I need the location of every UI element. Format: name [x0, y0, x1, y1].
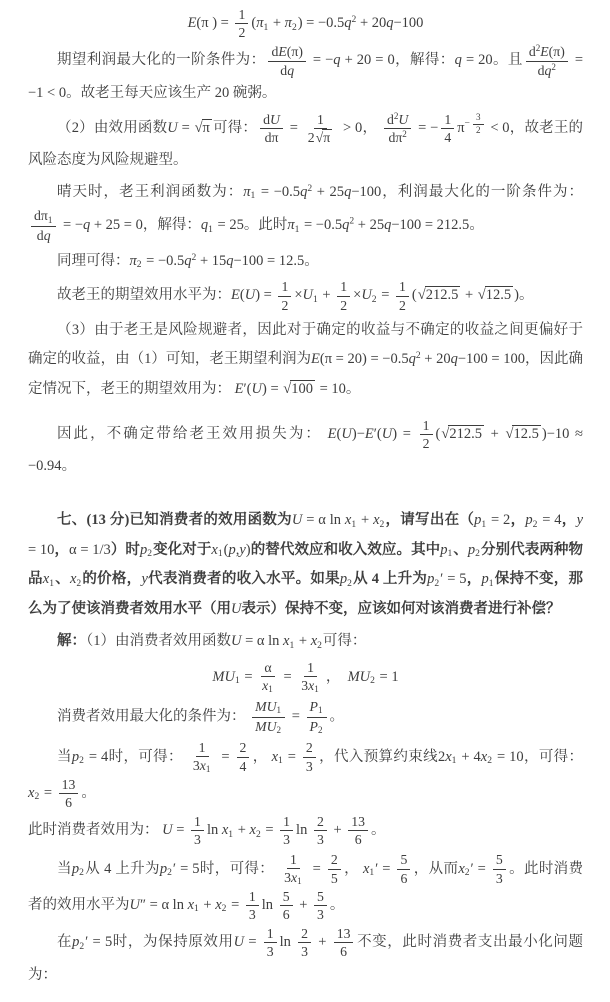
math-text: d	[387, 112, 394, 127]
subscript: 1	[235, 675, 240, 686]
subscript: 1	[447, 548, 452, 559]
fraction-denominator: 4	[237, 758, 250, 775]
fraction-denominator: 2	[278, 297, 291, 314]
subscript: 2	[372, 294, 377, 305]
subscript: 1	[297, 876, 302, 886]
math-variable: U	[234, 934, 244, 950]
fraction-denominator: 3	[280, 831, 293, 848]
subscript: 1	[228, 829, 233, 840]
math-text: 1	[283, 814, 290, 829]
fraction-numerator: d2U	[384, 111, 411, 129]
fraction: 13	[191, 813, 204, 848]
radical-sign: √	[478, 287, 485, 303]
math-text: −100 = 212.5	[391, 217, 469, 233]
text-run: ，从而	[413, 860, 458, 876]
math-variable: MU	[255, 719, 276, 734]
text-run: 代表消费者的收入水平。如果	[148, 571, 340, 587]
math-text: =	[178, 120, 194, 136]
fraction-numerator: 1	[314, 111, 327, 129]
math-text: (π = 20) = −0.5	[320, 351, 409, 367]
math-text: 2	[476, 125, 481, 135]
math-variable: U	[245, 287, 255, 303]
fraction: 23	[303, 739, 316, 774]
document-page: E(π ) = 12(π1 + π2) = −0.5q2 + 20q−100期望…	[0, 0, 610, 1002]
text-run: 因此，不确定带给老王效用损失为：	[57, 426, 328, 442]
math-text: ″ = α ln	[140, 897, 188, 913]
fraction-numerator: 1	[420, 417, 433, 435]
fraction-numerator: 13	[348, 813, 368, 831]
math-text: 4	[240, 759, 247, 774]
text-run: 当	[57, 860, 72, 876]
para-first-order-condition: 期望利润最大化的一阶条件为：dE(π)dq = −q + 20 = 0，解得：q…	[28, 43, 583, 108]
fraction: 13x1	[298, 659, 323, 696]
fraction-denominator: 3	[314, 831, 327, 848]
subscript: 1	[206, 764, 211, 774]
math-text: α	[264, 660, 271, 675]
math-text: 2	[317, 814, 324, 829]
text-run: 。	[330, 708, 345, 724]
fraction-numerator: 1	[278, 278, 291, 296]
fraction-numerator: 5	[493, 851, 506, 869]
math-variable: U	[303, 287, 313, 303]
math-text: 4	[444, 130, 451, 145]
math-text: =	[378, 287, 393, 303]
subscript: 1	[263, 22, 268, 33]
text-run: 。	[62, 458, 77, 474]
math-text: 3	[317, 832, 324, 847]
math-text: 5	[331, 871, 338, 886]
math-variable: U	[341, 426, 351, 442]
fraction-numerator: 2	[298, 925, 311, 943]
math-variable: U	[167, 120, 177, 136]
math-text: +	[295, 633, 310, 649]
math-variable: q	[386, 15, 393, 31]
math-text: 1	[199, 740, 206, 755]
fraction: P1P2	[307, 698, 327, 737]
math-text: −100 = 100	[458, 351, 525, 367]
math-text: (π)	[287, 44, 303, 59]
subscript: 2	[380, 519, 385, 530]
math-text: 1	[290, 852, 297, 867]
math-variable: U	[130, 897, 140, 913]
text-run: 变化对于	[153, 542, 211, 558]
math-variable: E	[231, 287, 240, 303]
formula-expected-profit: E(π ) = 12(π1 + π2) = −0.5q2 + 20q−100	[28, 6, 583, 41]
radical-sign: √	[195, 120, 202, 136]
fraction-numerator: dE(π)	[268, 43, 305, 61]
math-text: ln	[296, 822, 311, 838]
fraction: 13	[264, 925, 277, 960]
fraction-denominator: 2	[396, 297, 409, 314]
math-variable: q	[451, 351, 458, 367]
math-text: +	[200, 897, 215, 913]
math-variable: E	[311, 351, 320, 367]
radical: √212.5	[441, 426, 484, 442]
math-text: + 25	[312, 184, 344, 200]
math-text: 100	[291, 381, 313, 397]
radical: √π	[316, 130, 333, 145]
math-text: 1	[281, 279, 288, 294]
math-text: d	[263, 112, 270, 127]
subscript: 2	[79, 755, 84, 766]
math-text: + 20	[356, 15, 386, 31]
subscript: 1	[278, 755, 283, 766]
math-text: 5	[400, 852, 407, 867]
formula-marginal-utility: MU1 = αx1 = 13x1， MU2 = 1	[28, 659, 583, 696]
para-utility-at-p2-4: 此时消费者效用为： U = 13ln x1 + x2 = 13ln 23 + 1…	[28, 813, 583, 848]
para-max-condition: 消费者效用最大化的条件为： MU1MU2 = P1P2。	[28, 698, 583, 737]
math-variable: U	[382, 426, 392, 442]
math-text: + 15	[196, 253, 226, 269]
math-variable: U	[361, 287, 371, 303]
radical-body: π	[202, 119, 212, 136]
math-text: = α ln	[302, 512, 345, 528]
text-run: 的替代效应和收入效应。其中	[251, 542, 441, 558]
fraction-denominator: dq	[277, 62, 297, 79]
fraction-denominator: 5	[328, 870, 341, 887]
text-run: ，	[467, 571, 482, 587]
math-variable: q	[455, 52, 462, 68]
subscript: 2	[434, 578, 439, 589]
fraction-numerator: 5	[314, 888, 327, 906]
fraction: d2E(π)dq2	[526, 43, 568, 78]
text-run: 在	[57, 934, 72, 950]
radical: √12.5	[506, 426, 541, 442]
text-run: ，请写出在（	[385, 512, 474, 528]
math-text: = 1	[376, 669, 399, 685]
math-text: 2	[331, 852, 338, 867]
math-text: 1	[238, 7, 245, 22]
fraction-numerator: 1	[441, 111, 454, 129]
fraction: 13	[280, 813, 293, 848]
fraction-denominator: dq2	[535, 62, 559, 79]
fraction: 13x1	[190, 739, 215, 776]
math-text: +	[269, 15, 284, 31]
radical-body: 212.5	[448, 425, 484, 442]
fraction-denominator: 3	[191, 831, 204, 848]
math-text: + 25	[354, 217, 384, 233]
math-text: 1	[340, 279, 347, 294]
math-variable: x	[250, 822, 256, 838]
fraction-numerator: 1	[264, 925, 277, 943]
math-text: ×	[294, 287, 302, 303]
math-text: ′ =	[471, 860, 490, 876]
text-run: 。	[519, 287, 534, 303]
radical-body: 12.5	[512, 425, 540, 442]
math-text: π	[203, 120, 210, 136]
math-variable: U	[231, 601, 241, 617]
subscript: 2	[222, 903, 227, 914]
text-run: ，代入预算约束线	[319, 748, 438, 764]
math-variable: q	[333, 52, 340, 68]
fraction-denominator: 4	[441, 129, 454, 146]
text-run: 。故老王每天应该生产 20 碗粥。	[66, 85, 276, 101]
math-text: 2	[423, 436, 430, 451]
math-text: π	[323, 130, 330, 145]
fraction-numerator: 1	[280, 813, 293, 831]
superscript: 2	[402, 129, 407, 139]
math-text: =	[309, 860, 325, 876]
fraction-numerator: 1	[337, 278, 350, 296]
para-solution-intro: 解：（1）由消费者效用函数U = α ln x1 + x2可得：	[28, 627, 583, 657]
math-text: 3	[476, 112, 481, 122]
math-variable: x	[200, 758, 206, 773]
text-run: ，解得：	[143, 217, 201, 233]
subscript: 2	[256, 829, 261, 840]
text-run: 时，可得：	[200, 860, 279, 876]
math-variable: q	[344, 15, 351, 31]
fraction-denominator: 3	[298, 943, 311, 960]
math-variable: U	[398, 112, 408, 127]
math-text: 3	[193, 758, 200, 773]
fraction-numerator: 13	[59, 776, 79, 794]
fraction: 12	[337, 278, 350, 313]
fraction: 136	[348, 813, 368, 848]
math-text: = 4	[85, 748, 108, 764]
subscript: 1	[194, 903, 199, 914]
math-variable: p	[525, 512, 532, 528]
math-text: = 25	[214, 217, 244, 233]
fraction-denominator: 3x1	[281, 869, 306, 888]
math-text: = −	[309, 52, 333, 68]
math-text: = −	[59, 217, 83, 233]
math-text: =	[284, 748, 300, 764]
subscript: 1	[218, 548, 223, 559]
math-text: = 10	[316, 381, 346, 397]
subscript: 2	[347, 578, 352, 589]
fraction-denominator: 2	[473, 125, 484, 136]
para-rainy-profit: 同理可得：π2 = −0.5q2 + 15q−100 = 12.5。	[28, 247, 583, 277]
math-text: 2	[238, 25, 245, 40]
subscript: 1	[48, 215, 53, 225]
subscript: 1	[369, 867, 374, 878]
fraction: 53	[493, 851, 506, 886]
text-run: ，	[510, 512, 525, 528]
subscript: 1	[289, 640, 294, 651]
text-run: 。	[371, 822, 386, 838]
subscript: 1	[208, 224, 213, 235]
math-variable: U	[162, 822, 172, 838]
subscript: 2	[370, 675, 375, 686]
math-text: = 4	[538, 512, 561, 528]
math-text: 1	[399, 279, 406, 294]
text-run: 可得：	[323, 633, 367, 649]
text-run: 同理可得：	[57, 253, 130, 269]
fraction-numerator: 1	[396, 278, 409, 296]
math-text: ln	[262, 897, 277, 913]
math-text: (π ) =	[196, 15, 232, 31]
text-run: （2）由效用函数	[57, 120, 167, 136]
math-text: 3	[284, 870, 291, 885]
radical-body: 212.5	[425, 286, 461, 303]
math-variable: p	[482, 571, 489, 587]
math-text: 2	[308, 130, 315, 145]
math-text: (	[412, 287, 417, 303]
fraction-numerator: dU	[260, 111, 283, 129]
math-text: =	[241, 669, 256, 685]
subscript: 2	[487, 755, 492, 766]
math-variable: P	[310, 719, 318, 734]
radical-sign: √	[418, 287, 425, 303]
subscript: 1	[49, 578, 54, 589]
math-text: ′ =	[375, 860, 394, 876]
math-text: +	[314, 934, 331, 950]
fraction-numerator: 2	[237, 739, 250, 757]
text-run: ，	[54, 542, 69, 558]
text-run: 此时消费者效用为：	[28, 822, 162, 838]
math-text: ) =	[262, 381, 282, 397]
para-utility-function-risk: （2）由效用函数U = √π可得：dUdπ = 12√π > 0， d2Udπ2…	[28, 111, 583, 176]
fraction-denominator: 3	[246, 906, 259, 923]
subscript: 2	[167, 867, 172, 878]
math-text: 13	[62, 777, 76, 792]
math-text: −100	[351, 184, 381, 200]
math-variable: U	[252, 381, 262, 397]
math-text: =	[40, 785, 55, 801]
math-text: +	[461, 287, 476, 303]
math-text: ′(	[243, 381, 251, 397]
math-variable: x	[458, 860, 464, 876]
para-p2-rises: 当p2从 4 上升为p2′ = 5时，可得： 13x1 = 25， x1′ = …	[28, 851, 583, 924]
para-question-seven: 七、(13 分)已知消费者的效用函数为U = α ln x1 + x2，请写出在…	[28, 506, 583, 625]
math-text: ′ = 5	[440, 571, 466, 587]
math-text: < 0	[487, 120, 510, 136]
math-text: =	[286, 120, 302, 136]
math-text: d	[37, 228, 44, 243]
fraction: MU1MU2	[252, 698, 285, 737]
fraction: dUdπ	[260, 111, 283, 146]
fraction-denominator: 2	[420, 435, 433, 452]
math-variable: q	[226, 253, 233, 269]
fraction-numerator: 2	[328, 851, 341, 869]
math-text: 3	[496, 871, 503, 886]
math-variable: E	[328, 426, 337, 442]
math-text: 1	[423, 418, 430, 433]
fraction-denominator: 3x1	[190, 757, 215, 776]
radical: √12.5	[478, 287, 513, 303]
fraction-numerator: 1	[287, 851, 300, 869]
fraction-denominator: 3	[264, 943, 277, 960]
fraction-denominator: 2	[337, 297, 350, 314]
math-text: 212.5	[426, 287, 459, 303]
fraction-numerator: dπ1	[31, 207, 56, 227]
math-text: 3	[249, 907, 256, 922]
math-text: 12.5	[513, 426, 538, 442]
math-text: 6	[340, 944, 347, 959]
math-text: +	[330, 822, 345, 838]
math-text: + 25 = 0	[90, 217, 143, 233]
math-text: 1	[194, 814, 201, 829]
math-variable: MU	[255, 699, 276, 714]
fraction-denominator: 6	[397, 870, 410, 887]
subscript: 1	[313, 294, 318, 305]
subscript: 2	[34, 791, 39, 802]
fraction-numerator: 5	[397, 851, 410, 869]
text-run: 时，为保持原效用	[112, 934, 233, 950]
math-text: ) = −0.5	[298, 15, 345, 31]
math-text: 3	[194, 832, 201, 847]
math-variable: q	[287, 63, 294, 78]
subscript: 1	[277, 705, 282, 715]
fraction-numerator: 5	[280, 888, 293, 906]
math-variable: x	[211, 542, 217, 558]
text-run: 可得：	[213, 120, 257, 136]
math-text: 3	[283, 832, 290, 847]
math-text: −100	[394, 15, 424, 31]
text-run: ）时	[111, 542, 140, 558]
math-text: ′(	[374, 426, 382, 442]
fraction: 13	[246, 888, 259, 923]
math-text: = −	[414, 120, 438, 136]
text-run: 故老王的期望效用水平为：	[57, 287, 231, 303]
math-variable: x	[215, 897, 221, 913]
fraction: 53	[314, 888, 327, 923]
math-text: 5	[496, 852, 503, 867]
math-variable: q	[44, 228, 51, 243]
math-variable: p	[228, 542, 235, 558]
math-text: =	[262, 822, 277, 838]
subscript: 1	[481, 519, 486, 530]
para-expected-utility: 故老王的期望效用水平为：E(U) = 12×U1 + 12×U2 = 12(√2…	[28, 278, 583, 313]
math-text: +	[234, 822, 249, 838]
math-text: +	[485, 426, 505, 442]
fraction: 14	[441, 111, 454, 146]
radical: √π	[195, 120, 212, 136]
text-run: 当	[57, 748, 72, 764]
fraction-denominator: dπ	[262, 129, 282, 146]
math-text: (	[436, 426, 441, 442]
fraction: 12	[420, 417, 433, 452]
subscript: 2	[292, 22, 297, 33]
text-run: ，	[562, 512, 577, 528]
fraction-denominator: 3	[303, 758, 316, 775]
math-text: ′ = 5	[85, 934, 112, 950]
superscript: −32	[465, 118, 487, 129]
para-sunny-profit: 晴天时，老王利润函数为：π1 = −0.5q2 + 25q−100，利润最大化的…	[28, 178, 583, 245]
fraction-denominator: 6	[337, 943, 350, 960]
math-text: = −0.5	[256, 184, 300, 200]
math-text: = 20	[462, 52, 493, 68]
fraction-numerator: 1	[235, 6, 248, 24]
text-run: ，	[362, 120, 381, 136]
math-text: −100 = 12.5	[234, 253, 305, 269]
math-variable: x	[373, 512, 379, 528]
fraction-numerator: d2E(π)	[526, 43, 568, 61]
math-text: 2	[306, 740, 313, 755]
fraction-numerator: α	[261, 659, 274, 677]
fraction-denominator: P2	[307, 718, 327, 737]
bold-text: 解：	[57, 633, 86, 649]
math-text: 5	[283, 889, 290, 904]
math-variable: π	[243, 184, 250, 200]
math-variable: π	[130, 253, 137, 269]
fraction-denominator: 6	[280, 906, 293, 923]
math-text: 6	[400, 871, 407, 886]
fraction-numerator: 3	[473, 112, 484, 124]
fraction-denominator: 6	[352, 831, 365, 848]
subscript: 2	[76, 578, 81, 589]
radical: √100	[283, 381, 315, 397]
math-variable: π	[287, 217, 294, 233]
math-text: 12.5	[486, 287, 511, 303]
math-text: dπ	[265, 130, 279, 145]
math-variable: E	[278, 44, 286, 59]
math-text: dπ	[388, 130, 402, 145]
fraction-numerator: 2	[303, 739, 316, 757]
text-run: ，可得：	[524, 748, 583, 764]
subscript: 1	[268, 684, 273, 694]
math-text: +	[296, 897, 311, 913]
